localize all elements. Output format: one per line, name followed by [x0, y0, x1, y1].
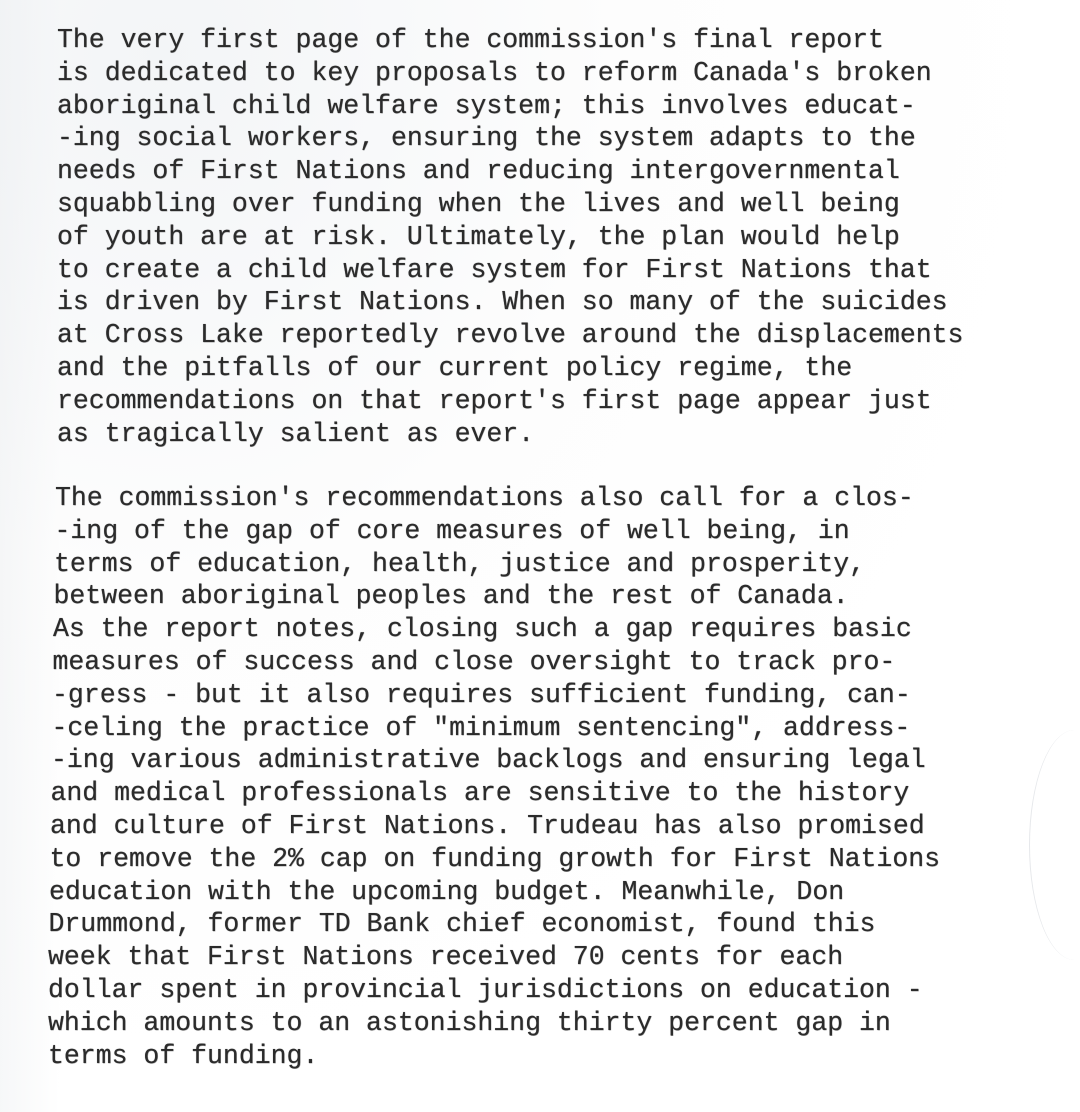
text-line: -ing of the gap of core measures of well… — [55, 515, 941, 548]
text-line: terms of education, health, justice and … — [54, 548, 940, 581]
text-line: dollar spent in provincial jurisdictions… — [48, 974, 940, 1007]
text-line: is dedicated to key proposals to reform … — [57, 57, 963, 90]
text-line: at Cross Lake reportedly revolve around … — [57, 319, 963, 352]
text-line: education with the upcoming budget. Mean… — [49, 876, 940, 909]
text-line: As the report notes, closing such a gap … — [53, 613, 940, 646]
text-line: as tragically salient as ever. — [57, 418, 963, 451]
text-line: squabbling over funding when the lives a… — [57, 188, 963, 221]
paragraph-child-welfare: The very first page of the commission's … — [57, 24, 963, 450]
text-line: and the pitfalls of our current policy r… — [57, 352, 963, 385]
text-line: and medical professionals are sensitive … — [51, 777, 941, 810]
text-line: -gress - but it also requires sufficient… — [52, 679, 940, 712]
text-line: is driven by First Nations. When so many… — [57, 286, 963, 319]
typewritten-page: The very first page of the commission's … — [0, 0, 1080, 1112]
text-line: -ing various administrative backlogs and… — [51, 744, 940, 777]
text-line: terms of funding. — [48, 1040, 940, 1073]
text-line: between aboriginal peoples and the rest … — [54, 580, 941, 613]
text-line: to create a child welfare system for Fir… — [57, 254, 963, 287]
text-line: recommendations on that report's first p… — [57, 385, 963, 418]
text-line: of youth are at risk. Ultimately, the pl… — [57, 221, 963, 254]
text-line: which amounts to an astonishing thirty p… — [48, 1007, 940, 1040]
paper-curl-mark — [1029, 730, 1080, 960]
text-line: The very first page of the commission's … — [57, 24, 963, 57]
text-line: week that First Nations received 70 cent… — [48, 941, 940, 974]
text-line: and culture of First Nations. Trudeau ha… — [50, 810, 940, 843]
text-line: to remove the 2% cap on funding growth f… — [50, 843, 941, 876]
paragraph-closing-the-gap: The commission's recommendations also ca… — [55, 482, 940, 1072]
text-line: measures of success and close oversight … — [53, 646, 941, 679]
text-line: The commission's recommendations also ca… — [55, 482, 940, 515]
text-line: -ing social workers, ensuring the system… — [57, 122, 963, 155]
text-line: aboriginal child welfare system; this in… — [57, 90, 963, 123]
text-line: Drummond, former TD Bank chief economist… — [49, 908, 941, 941]
text-line: needs of First Nations and reducing inte… — [57, 155, 963, 188]
text-line: -celing the practice of "minimum sentenc… — [52, 712, 941, 745]
